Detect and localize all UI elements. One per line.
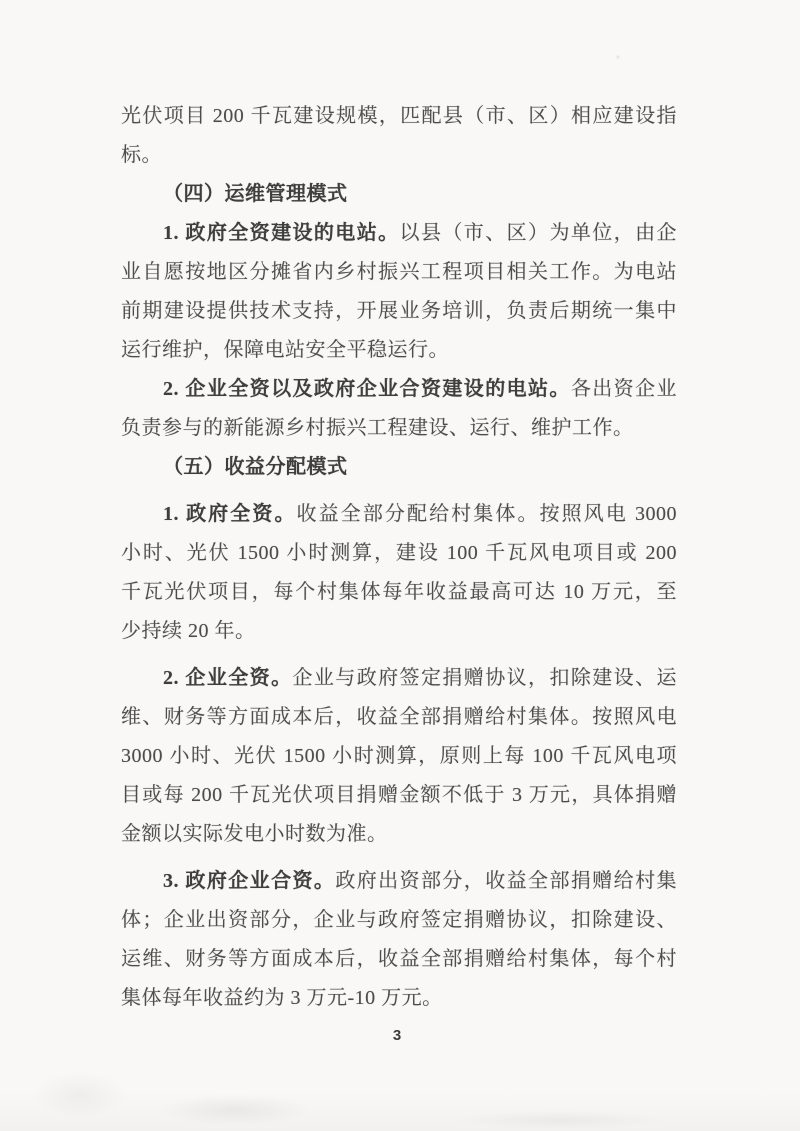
heading-section-4: （四）运维管理模式 — [121, 175, 677, 214]
emphasis-text: （五）收益分配模式 — [163, 456, 348, 478]
body-text: 标。 — [121, 144, 162, 166]
page-number: 3 — [0, 1025, 794, 1047]
text-line: 1. 政府全资建设的电站。以县（市、区）为单位，由企 — [121, 214, 677, 253]
document-page: 光伏项目 200 千瓦建设规模，匹配县（市、区）相应建设指标。（四）运维管理模式… — [0, 0, 800, 1131]
text-line: 2. 企业全资以及政府企业合资建设的电站。各出资企业 — [121, 370, 677, 409]
emphasis-text: 1. 政府全资建设的电站。 — [163, 222, 400, 244]
text-line: 小时、光伏 1500 小时测算，建设 100 千瓦风电项目或 200 — [121, 534, 677, 573]
body-text: 运维、财务等方面成本后，收益全部捐赠给村集体，每个村 — [121, 948, 677, 970]
document-body: 光伏项目 200 千瓦建设规模，匹配县（市、区）相应建设指标。（四）运维管理模式… — [121, 97, 677, 1018]
body-text: 小时、光伏 1500 小时测算，建设 100 千瓦风电项目或 200 — [121, 542, 677, 564]
body-text: 维、财务等方面成本后，收益全部捐赠给村集体。按照风电 — [121, 706, 677, 728]
text-line: 业自愿按地区分摊省内乡村振兴工程项目相关工作。为电站 — [121, 253, 677, 292]
para-4-item-2: 2. 企业全资以及政府企业合资建设的电站。各出资企业负责参与的新能源乡村振兴工程… — [121, 370, 677, 448]
emphasis-text: 2. 企业全资以及政府企业合资建设的电站。 — [163, 378, 571, 400]
text-line: 集体每年收益约为 3 万元-10 万元。 — [121, 979, 677, 1018]
text-line: 负责参与的新能源乡村振兴工程建设、运行、维护工作。 — [121, 409, 677, 448]
text-line: 运维、财务等方面成本后，收益全部捐赠给村集体，每个村 — [121, 940, 677, 979]
emphasis-text: 3. 政府企业合资。 — [163, 870, 335, 892]
heading-section-5: （五）收益分配模式 — [121, 448, 677, 487]
text-line: 目或每 200 千瓦光伏项目捐赠金额不低于 3 万元，具体捐赠 — [121, 776, 677, 815]
para-5-item-2: 2. 企业全资。企业与政府签定捐赠协议，扣除建设、运维、财务等方面成本后，收益全… — [121, 659, 677, 854]
body-text: 前期建设提供技术支持，开展业务培训，负责后期统一集中 — [121, 300, 677, 322]
body-text: 各出资企业 — [571, 378, 677, 400]
text-line: （五）收益分配模式 — [121, 448, 677, 487]
body-text: 以县（市、区）为单位，由企 — [400, 222, 677, 244]
body-text: 千瓦光伏项目，每个村集体每年收益最高可达 10 万元，至 — [121, 581, 677, 603]
text-line: 运行维护，保障电站安全平稳运行。 — [121, 331, 677, 370]
emphasis-text: 2. 企业全资。 — [163, 667, 292, 689]
text-line: 千瓦光伏项目，每个村集体每年收益最高可达 10 万元，至 — [121, 573, 677, 612]
emphasis-text: 1. 政府全资。 — [163, 503, 297, 525]
text-line: 1. 政府全资。收益全部分配给村集体。按照风电 3000 — [121, 495, 677, 534]
body-text: 金额以实际发电小时数为准。 — [121, 823, 388, 845]
body-text: 体；企业出资部分，企业与政府签定捐赠协议，扣除建设、 — [121, 909, 677, 931]
body-text: 政府出资部分，收益全部捐赠给村集 — [335, 870, 677, 892]
text-line: 维、财务等方面成本后，收益全部捐赠给村集体。按照风电 — [121, 698, 677, 737]
body-text: 收益全部分配给村集体。按照风电 3000 — [297, 503, 677, 525]
text-line: 2. 企业全资。企业与政府签定捐赠协议，扣除建设、运 — [121, 659, 677, 698]
body-text: 3000 小时、光伏 1500 小时测算，原则上每 100 千瓦风电项 — [121, 745, 677, 767]
body-text: 集体每年收益约为 3 万元-10 万元。 — [121, 987, 443, 1009]
text-line: 前期建设提供技术支持，开展业务培训，负责后期统一集中 — [121, 292, 677, 331]
text-line: 3. 政府企业合资。政府出资部分，收益全部捐赠给村集 — [121, 862, 677, 901]
body-text: 目或每 200 千瓦光伏项目捐赠金额不低于 3 万元，具体捐赠 — [121, 784, 677, 806]
body-text: 企业与政府签定捐赠协议，扣除建设、运 — [292, 667, 677, 689]
text-line: 标。 — [121, 136, 677, 175]
text-line: （四）运维管理模式 — [121, 175, 677, 214]
text-line: 光伏项目 200 千瓦建设规模，匹配县（市、区）相应建设指 — [121, 97, 677, 136]
text-line: 3000 小时、光伏 1500 小时测算，原则上每 100 千瓦风电项 — [121, 737, 677, 776]
body-text: 光伏项目 200 千瓦建设规模，匹配县（市、区）相应建设指 — [121, 105, 677, 127]
text-line: 体；企业出资部分，企业与政府签定捐赠协议，扣除建设、 — [121, 901, 677, 940]
para-4-item-1: 1. 政府全资建设的电站。以县（市、区）为单位，由企业自愿按地区分摊省内乡村振兴… — [121, 214, 677, 370]
body-text: 负责参与的新能源乡村振兴工程建设、运行、维护工作。 — [121, 417, 634, 439]
text-line: 少持续 20 年。 — [121, 612, 677, 651]
body-text: 业自愿按地区分摊省内乡村振兴工程项目相关工作。为电站 — [121, 261, 677, 283]
text-line: 金额以实际发电小时数为准。 — [121, 815, 677, 854]
para-5-item-1: 1. 政府全资。收益全部分配给村集体。按照风电 3000小时、光伏 1500 小… — [121, 495, 677, 651]
para-5-item-3: 3. 政府企业合资。政府出资部分，收益全部捐赠给村集体；企业出资部分，企业与政府… — [121, 862, 677, 1018]
para-continuation: 光伏项目 200 千瓦建设规模，匹配县（市、区）相应建设指标。 — [121, 97, 677, 175]
body-text: 少持续 20 年。 — [121, 620, 256, 642]
body-text: 运行维护，保障电站安全平稳运行。 — [121, 339, 449, 361]
emphasis-text: （四）运维管理模式 — [163, 183, 348, 205]
